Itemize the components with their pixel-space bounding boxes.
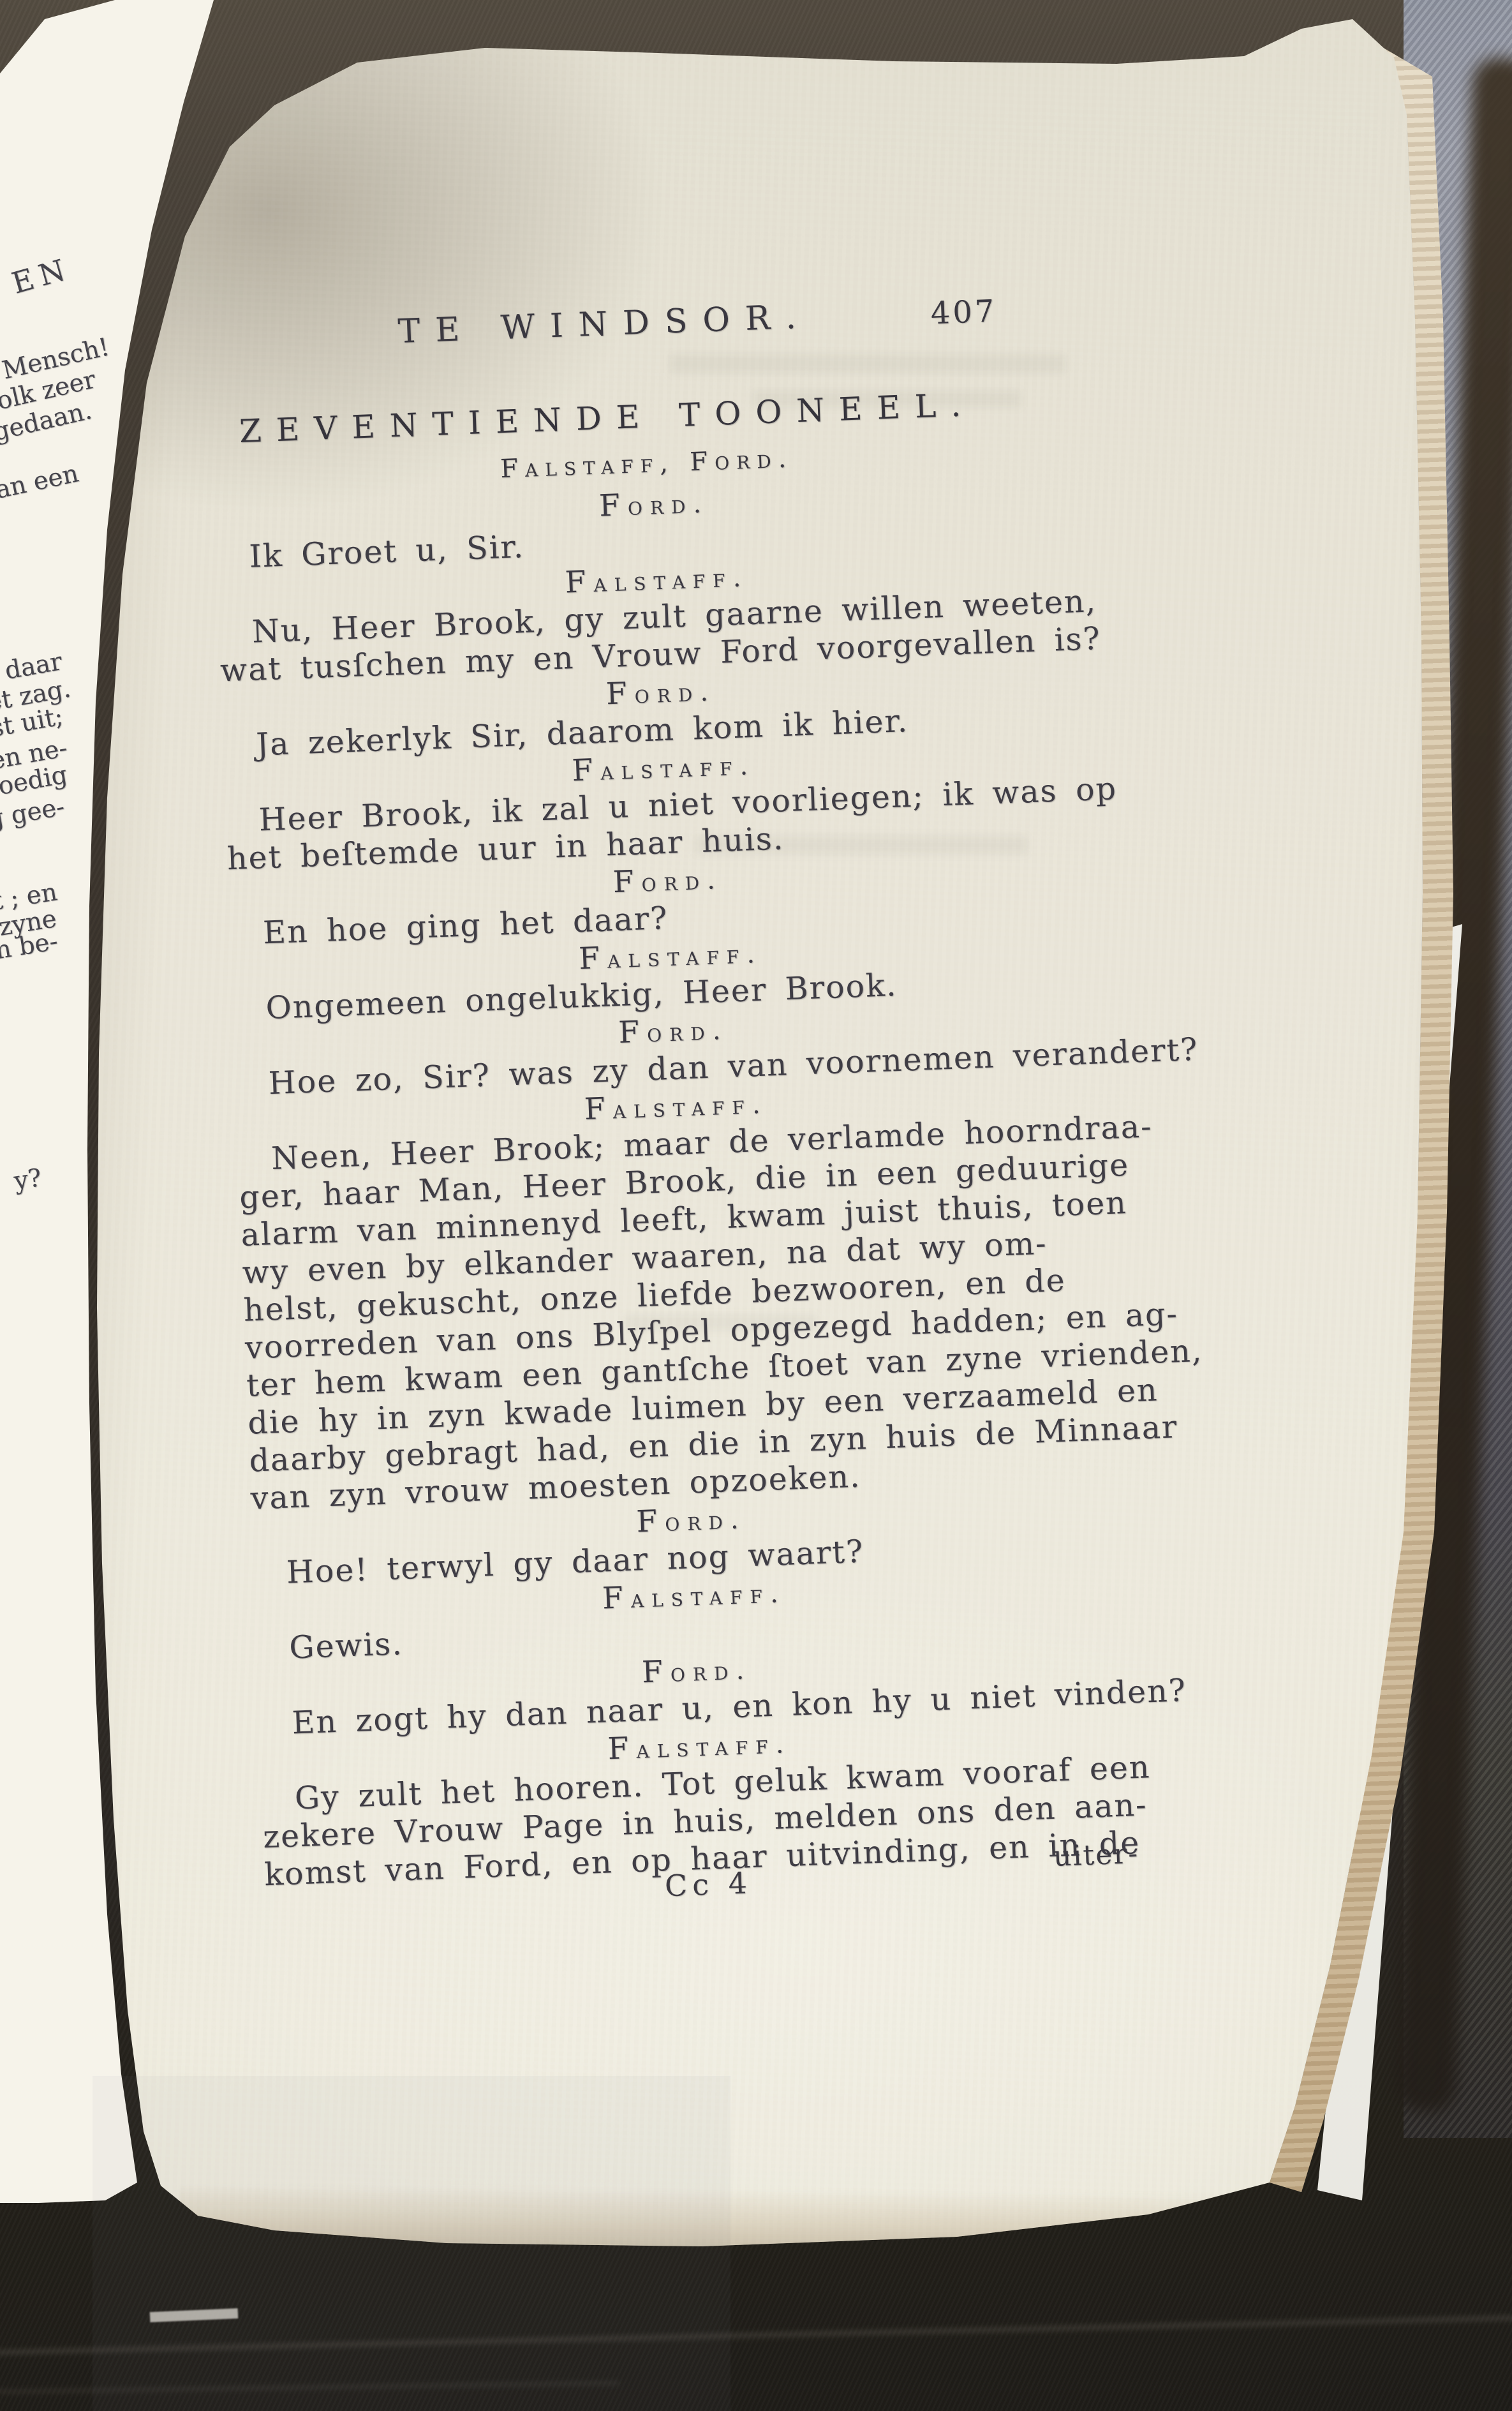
book-photo-scene: EN Mensch! volk zeer gedaan. van een ig … (0, 0, 1512, 2411)
dialogue-block: Ford. Ik Groet u, Sir. Falstaff. Nu, Hee… (214, 469, 1143, 1893)
printed-text-block: TE WINDSOR. 407 ZEVENTIENDE TOONEEL. Fal… (198, 288, 1154, 2234)
catchword: uiter- (1053, 1837, 1139, 1873)
facing-page-fragment: y? (12, 1163, 43, 1196)
signature-mark: Cc 4 (637, 1865, 779, 1904)
photo-processing-artifact (93, 2076, 730, 2411)
page-number: 407 (930, 294, 998, 332)
